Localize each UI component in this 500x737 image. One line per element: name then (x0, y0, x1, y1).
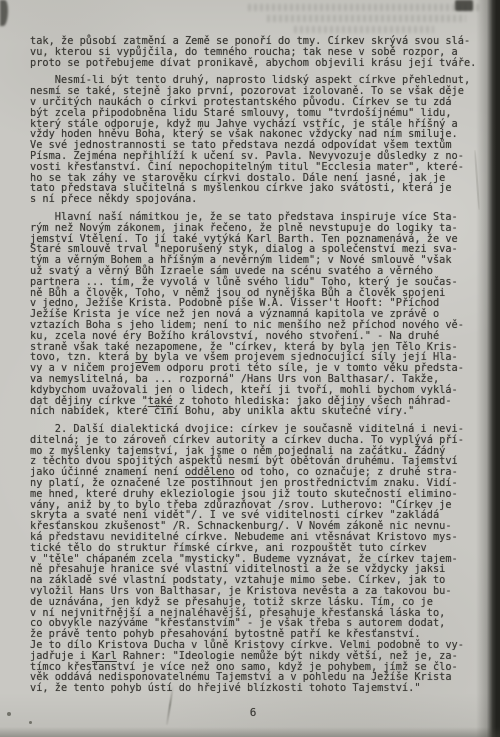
text-line: kdybychom uvažovali jen o lidech, kteří … (30, 385, 476, 396)
page-number: 6 (30, 706, 476, 719)
text-line: vosti křesťanství. Činí nepochopitelným … (30, 162, 476, 173)
scan-mark-top-right (455, 0, 473, 11)
scan-speck (29, 721, 32, 724)
text-line: ví, že tento pohyb ústí do hřejivé blízk… (30, 683, 476, 694)
text-line: jadřuje i Karl Rahner: "Ideologie nemůže… (30, 651, 476, 662)
text-line: ních nabídek, které činí Bohu, aby unikl… (30, 406, 476, 417)
scanned-document-page: { "colors": { "paper": "#c9c8c3", "ink":… (0, 0, 500, 737)
scan-edge-right (476, 0, 500, 737)
ink-bleedthrough (248, 4, 480, 38)
scan-mark-top-left (0, 0, 8, 26)
paragraph: 2. Další dialektická dvojice: církev je … (30, 424, 476, 694)
scan-speck (7, 712, 11, 716)
bleedthrough-row (248, 4, 480, 11)
scan-edge-bottom (0, 727, 500, 737)
paragraph: tak, že působí zatmění a Země se ponoří … (30, 36, 476, 68)
text-line: vu, kterou si vypůjčila, do temného rouc… (30, 47, 476, 58)
text-line: ku, zcela nové éry Božího království, no… (30, 331, 476, 342)
text-line: partnera ... tím, že vyvolá v lůně svého… (30, 277, 476, 288)
paragraph: Hlavní naší námitkou je, že se tato před… (30, 212, 476, 417)
text-line: proto se potřebujeme dívat pronikavě, ab… (30, 58, 476, 69)
bleedthrough-row (267, 15, 467, 22)
text-line: rým než Novým zákonem, jinak řečeno, že … (30, 223, 476, 234)
paragraph: Nesmí-li být tento druhý, naprosto lidsk… (30, 75, 476, 205)
text-line: být zcela připodobněna lidu Staré smlouv… (30, 108, 476, 119)
typewritten-text-block: tak, že působí zatmění a Země se ponoří … (30, 36, 476, 694)
text-line: s ní přece někdy spojována. (30, 194, 476, 205)
bleedthrough-row (294, 26, 433, 33)
